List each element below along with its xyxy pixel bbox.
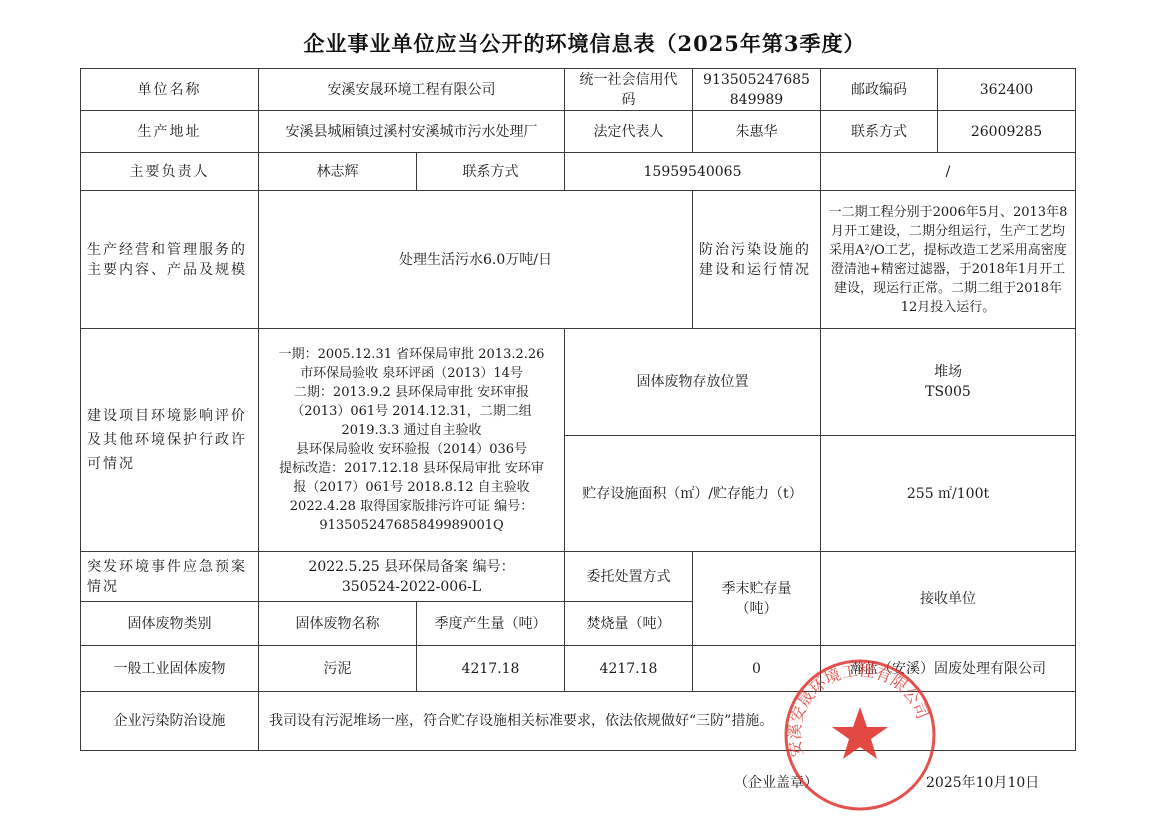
waste-quarterly-output: 4217.18 <box>416 645 565 692</box>
blank-value: / <box>820 152 1076 191</box>
unit-name-value: 安溪安晟环境工程有限公司 <box>258 68 565 111</box>
document-title: 企业事业单位应当公开的环境信息表（2025年第3季度） <box>0 28 1169 58</box>
emergency-value: 2022.5.25 县环保局备案 编号：350524-2022-006-L <box>258 551 565 602</box>
category-header: 固体废物类别 <box>80 601 259 646</box>
permit-line: 二期：2013.9.2 县环保局审批 安环审报 <box>294 383 529 402</box>
unit-name-label: 单位名称 <box>80 68 259 111</box>
permits-value: 一期：2005.12.31 省环保局审批 2013.2.26 市环保局验收 泉环… <box>258 328 565 552</box>
storage-location-value: 堆场 TS005 <box>820 328 1076 436</box>
waste-end-storage: 0 <box>692 645 821 692</box>
principal-contact-label: 联系方式 <box>416 152 565 191</box>
storage-capacity-value: 255 ㎡/100t <box>820 435 1076 552</box>
facility-label: 防治污染设施的建设和运行情况 <box>692 190 821 329</box>
operations-label: 生产经营和管理服务的主要内容、产品及规模 <box>80 190 259 329</box>
postal-code-value: 362400 <box>937 68 1076 111</box>
name-header: 固体废物名称 <box>258 601 417 646</box>
legal-contact-label: 联系方式 <box>820 110 938 153</box>
permit-line: 报（2017）061号 2018.8.12 自主验收 <box>293 478 529 497</box>
permit-line: （2013）061号 2014.12.31，二期二组 <box>291 402 531 421</box>
waste-category: 一般工业固体废物 <box>80 645 259 692</box>
permit-line: 2022.4.28 取得国家版排污许可证 编号： <box>290 497 533 516</box>
waste-name: 污泥 <box>258 645 417 692</box>
seal-label: （企业盖章） <box>734 772 818 792</box>
quarterly-output-header: 季度产生量（吨） <box>416 601 565 646</box>
incineration-header: 焚烧量（吨） <box>564 601 693 646</box>
legal-rep-value: 朱惠华 <box>692 110 821 153</box>
waste-receiver: 瀚蓝（安溪）固废处理有限公司 <box>820 645 1076 692</box>
pollution-control-label: 企业污染防治设施 <box>80 691 259 751</box>
credit-code-label: 统一社会信用代码 <box>564 68 693 111</box>
storage-location-label: 固体废物存放位置 <box>564 328 821 436</box>
disposal-method-header: 委托处置方式 <box>564 551 693 602</box>
legal-rep-label: 法定代表人 <box>564 110 693 153</box>
principal-value: 林志辉 <box>258 152 417 191</box>
address-label: 生产地址 <box>80 110 259 153</box>
end-storage-header: 季末贮存量（吨） <box>692 551 821 646</box>
permit-line: 2019.3.3 通过自主验收 <box>341 421 481 440</box>
facility-value: 一二期工程分别于2006年5月、2013年8月开工建设，二期分组运行，生产工艺均… <box>820 190 1076 329</box>
emergency-label: 突发环境事件应急预案情况 <box>80 551 259 602</box>
principal-contact-value: 15959540065 <box>564 152 821 191</box>
permits-label: 建设项目环境影响评价及其他环境保护行政许可情况 <box>80 328 259 552</box>
operations-value: 处理生活污水6.0万吨/日 <box>258 190 693 329</box>
principal-label: 主要负责人 <box>80 152 259 191</box>
document-date: 2025年10月10日 <box>926 772 1039 792</box>
address-value: 安溪县城厢镇过溪村安溪城市污水处理厂 <box>258 110 565 153</box>
permit-line: 市环保局验收 泉环评函（2013）14号 <box>300 364 523 383</box>
legal-contact-value: 26009285 <box>937 110 1076 153</box>
receiver-header: 接收单位 <box>820 551 1076 646</box>
storage-capacity-label: 贮存设施面积（㎡）/贮存能力（t） <box>564 435 821 552</box>
permit-line: 913505247685849989001Q <box>319 516 503 535</box>
postal-code-label: 邮政编码 <box>820 68 938 111</box>
waste-incineration: 4217.18 <box>564 645 693 692</box>
permit-line: 一期：2005.12.31 省环保局审批 2013.2.26 <box>279 345 545 364</box>
permit-line: 县环保局验收 安环验报（2014）036号 <box>296 440 527 459</box>
credit-code-value: 913505247685849989 <box>692 68 821 111</box>
permit-line: 提标改造：2017.12.18 县环保局审批 安环审 <box>279 459 544 478</box>
pollution-control-value: 我司设有污泥堆场一座，符合贮存设施相关标准要求，依法依规做好“三防”措施。 <box>258 691 1076 751</box>
